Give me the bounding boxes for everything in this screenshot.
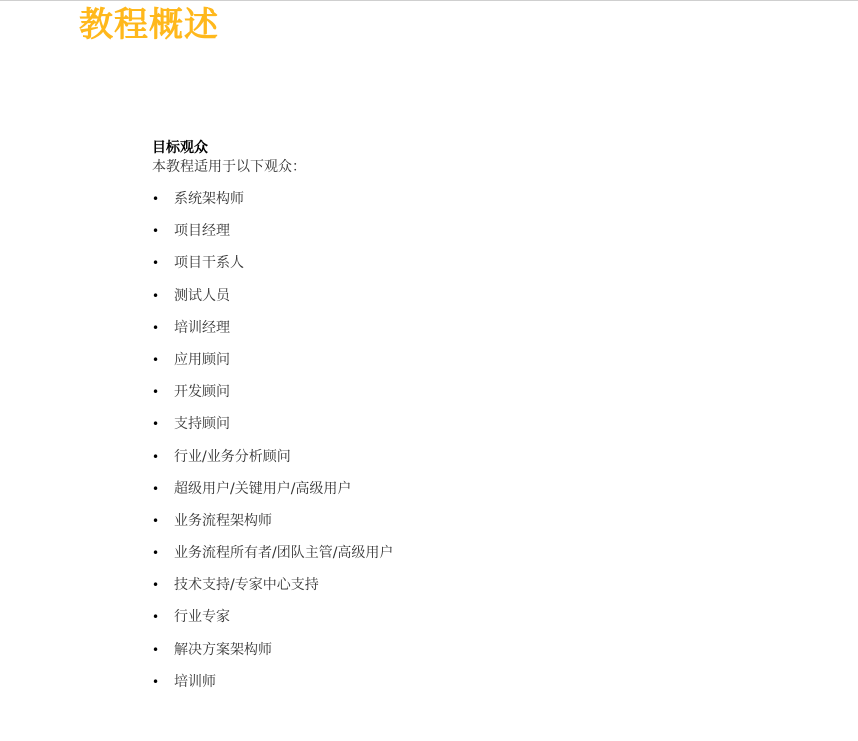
bullet-icon: • [152,480,162,498]
list-item: •超级用户/关键用户/高级用户 [152,480,306,512]
list-item-label: 开发顾问 [174,383,230,401]
section-heading: 目标观众 [152,138,306,158]
list-item: •业务流程架构师 [152,512,306,544]
list-item: •解决方案架构师 [152,641,306,673]
bullet-icon: • [152,190,162,208]
list-item: •项目干系人 [152,254,306,286]
list-item-label: 行业专家 [174,608,230,626]
bullet-icon: • [152,319,162,337]
bullet-icon: • [152,287,162,305]
bullet-icon: • [152,608,162,626]
bullet-icon: • [152,544,162,562]
list-item-label: 业务流程所有者/团队主管/高级用户 [174,544,393,562]
list-item: •系统架构师 [152,190,306,222]
bullet-icon: • [152,254,162,272]
list-item-label: 系统架构师 [174,190,244,208]
bullet-icon: • [152,576,162,594]
list-item-label: 项目干系人 [174,254,244,272]
list-item-label: 超级用户/关键用户/高级用户 [174,480,351,498]
intro-text: 本教程适用于以下观众： [152,158,306,176]
list-item: •开发顾问 [152,383,306,415]
list-item: •应用顾问 [152,351,306,383]
list-item: •培训经理 [152,319,306,351]
list-item-label: 项目经理 [174,222,230,240]
bullet-icon: • [152,673,162,691]
list-item: •技术支持/专家中心支持 [152,576,306,608]
bullet-icon: • [152,351,162,369]
list-item: •培训师 [152,673,306,705]
bullet-icon: • [152,448,162,466]
list-item-label: 应用顾问 [174,351,230,369]
list-item-label: 培训经理 [174,319,230,337]
list-item: •支持顾问 [152,415,306,447]
bullet-icon: • [152,383,162,401]
target-audience-section: 目标观众 本教程适用于以下观众： •系统架构师 •项目经理 •项目干系人 •测试… [152,138,306,705]
list-item-label: 解决方案架构师 [174,641,272,659]
bullet-icon: • [152,641,162,659]
list-item-label: 支持顾问 [174,415,230,433]
list-item-label: 测试人员 [174,287,230,305]
list-item: •项目经理 [152,222,306,254]
bullet-icon: • [152,512,162,530]
bullet-icon: • [152,415,162,433]
top-divider [0,0,858,1]
list-item: •业务流程所有者/团队主管/高级用户 [152,544,306,576]
list-item-label: 技术支持/专家中心支持 [174,576,319,594]
list-item: •行业/业务分析顾问 [152,448,306,480]
list-item-label: 培训师 [174,673,216,691]
bullet-icon: • [152,222,162,240]
list-item-label: 行业/业务分析顾问 [174,448,291,466]
list-item-label: 业务流程架构师 [174,512,272,530]
audience-list: •系统架构师 •项目经理 •项目干系人 •测试人员 •培训经理 •应用顾问 •开… [152,190,306,705]
page-title: 教程概述 [79,3,219,47]
list-item: •行业专家 [152,608,306,640]
list-item: •测试人员 [152,287,306,319]
